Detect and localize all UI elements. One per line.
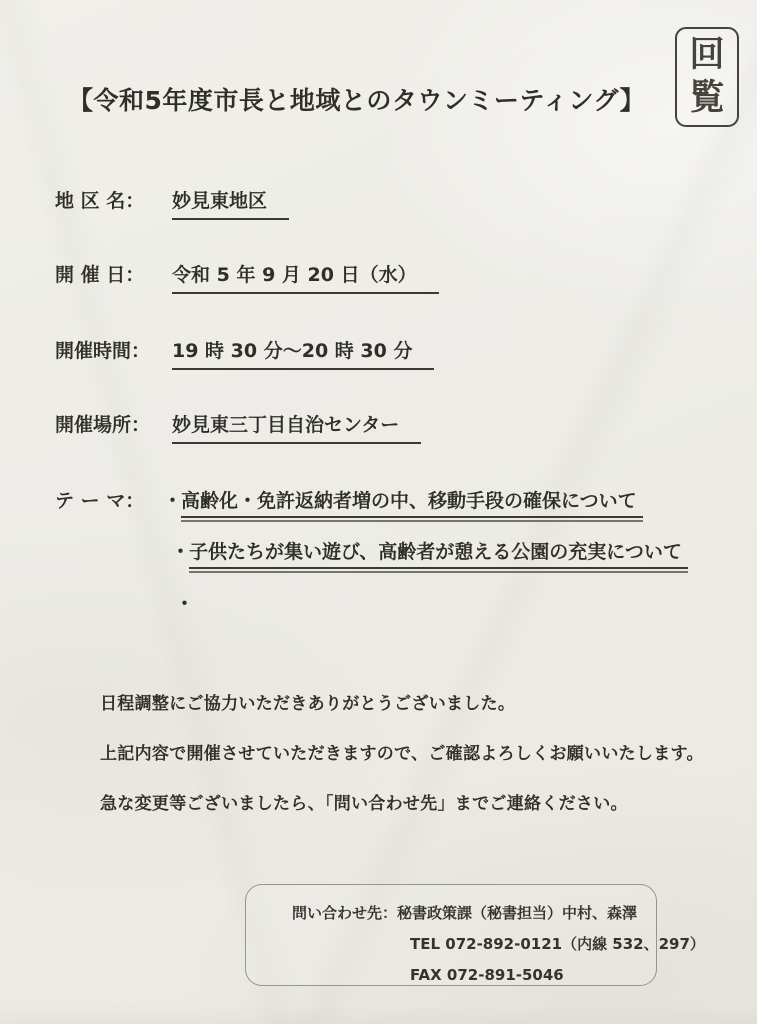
theme-bullet-1: ・ [163,486,181,513]
theme-line-2: ・ 子供たちが集い遊び、高齢者が憩える公園の充実について [163,537,688,573]
field-label-district: 地 区 名： [55,186,155,213]
stamp-char-bottom: 覧 [689,77,724,120]
field-row-date: 開 催 日： 令和 5 年 9 月 20 日（水） [55,260,439,294]
theme-item-2: 子供たちが集い遊び、高齢者が憩える公園の充実について [189,537,688,573]
field-label-place: 開催場所： [55,410,155,437]
page-title: 【令和5年度市長と地域とのタウンミーティング】 [68,81,645,117]
paragraph-confirmation: 上記内容で開催させていただきますので、ご確認よろしくお願いいたします。 [100,739,704,764]
theme-item-1: 高齢化・免許返納者増の中、移動手段の確保について [181,486,643,522]
contact-line-tel: TEL 072-892-0121（内線 532、297） [410,929,656,960]
field-value-place: 妙見東三丁目自治センター [172,410,421,444]
field-value-district: 妙見東地区 [172,186,289,220]
theme-section: テ ー マ： ・ 高齢化・免許返納者増の中、移動手段の確保について ・ 子供たち… [55,486,688,616]
contact-line-department: 問い合わせ先：秘書政策課（秘書担当）中村、森澤 [292,898,656,929]
field-label-date: 開 催 日： [55,260,155,287]
theme-line-1: テ ー マ： ・ 高齢化・免許返納者増の中、移動手段の確保について [55,486,688,522]
theme-bullet-3: ・ [175,589,193,616]
stamp-char-top: 回 [689,34,724,77]
field-value-date: 令和 5 年 9 月 20 日（水） [172,260,439,294]
paragraph-changes: 急な変更等ございましたら、「問い合わせ先」までご連絡ください。 [100,789,628,814]
field-row-district: 地 区 名： 妙見東地区 [55,186,289,220]
field-value-time: 19 時 30 分～20 時 30 分 [172,336,434,370]
circulation-stamp: 回 覧 [675,27,739,127]
field-row-place: 開催場所： 妙見東三丁目自治センター [55,410,421,444]
paragraph-thanks: 日程調整にご協力いただきありがとうございました。 [100,689,515,714]
theme-line-3: ・ [167,589,688,616]
scanned-notice-page: 回 覧 【令和5年度市長と地域とのタウンミーティング】 地 区 名： 妙見東地区… [0,0,757,1024]
field-row-time: 開催時間： 19 時 30 分～20 時 30 分 [55,336,434,370]
theme-bullet-2: ・ [171,537,189,564]
contact-box: 問い合わせ先：秘書政策課（秘書担当）中村、森澤 TEL 072-892-0121… [245,884,657,986]
contact-line-fax: FAX 072-891-5046 [410,960,656,991]
theme-label: テ ー マ： [55,486,155,513]
field-label-time: 開催時間： [55,336,155,363]
